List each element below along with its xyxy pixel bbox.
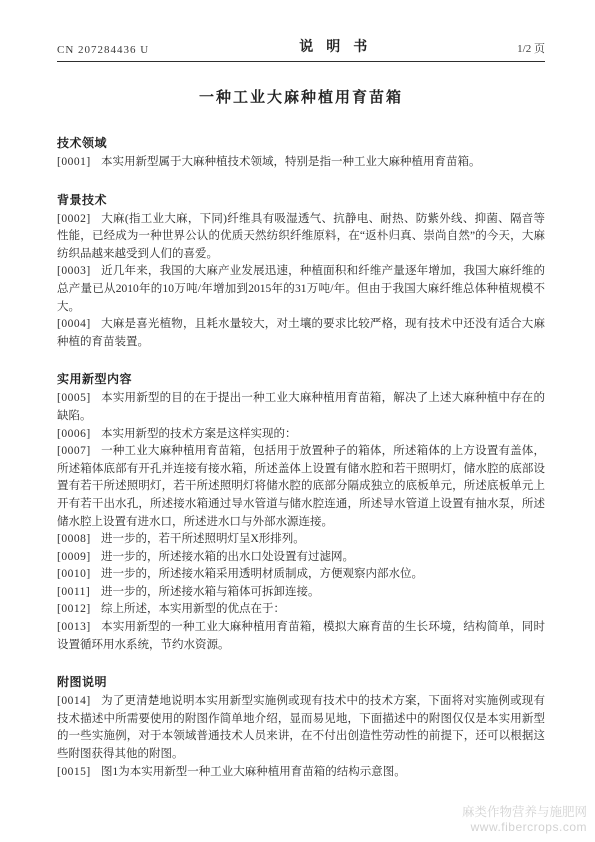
paragraph-number: [0012] — [57, 601, 101, 619]
paragraph-number: [0001] — [57, 154, 101, 172]
paragraph: [0013]本实用新型的一种工业大麻种植用育苗箱，模拟大麻育苗的生长环境，结构简… — [57, 619, 545, 654]
document-type-label: 说明书 — [286, 36, 380, 56]
paragraph-text: 为了更清楚地说明本实用新型实施例或现有技术中的技术方案，下面将对实施例或现有技术… — [57, 695, 545, 760]
section-heading: 背景技术 — [57, 191, 545, 208]
watermark-site-name: 麻类作物营养与施肥网 — [462, 805, 587, 820]
page-content: CN 207284436 U 说明书 1/2 页 一种工业大麻种植用育苗箱 技术… — [57, 36, 545, 781]
paragraph: [0014]为了更清楚地说明本实用新型实施例或现有技术中的技术方案，下面将对实施… — [57, 693, 545, 763]
document-header: CN 207284436 U 说明书 1/2 页 — [57, 36, 545, 62]
paragraph: [0002]大麻(指工业大麻，下同)纤维具有吸湿透气、抗静电、耐热、防紫外线、抑… — [57, 211, 545, 264]
paragraph-number: [0013] — [57, 619, 101, 637]
paragraph: [0004]大麻是喜光植物，且耗水量较大，对土壤的要求比较严格，现有技术中还没有… — [57, 316, 545, 351]
paragraph: [0005]本实用新型的目的在于提出一种工业大麻种植用育苗箱，解决了上述大麻种植… — [57, 390, 545, 425]
paragraph-number: [0007] — [57, 443, 101, 461]
watermark-url: www.fibercrops.com — [462, 820, 587, 835]
paragraph-text: 大麻是喜光植物，且耗水量较大，对土壤的要求比较严格，现有技术中还没有适合大麻种植… — [57, 318, 545, 348]
paragraph-text: 一种工业大麻种植用育苗箱，包括用于放置种子的箱体，所述箱体的上方设置有盖体，所述… — [57, 445, 545, 527]
paragraph-text: 本实用新型的技术方案是这样实现的： — [101, 428, 297, 440]
document-body: 技术领域 [0001]本实用新型属于大麻种植技术领域，特别是指一种工业大麻种植用… — [57, 134, 545, 781]
paragraph-text: 进一步的，若干所述照明灯呈X形排列。 — [101, 533, 305, 545]
paragraph: [0010]进一步的，所述接水箱采用透明材质制成，方便观察内部水位。 — [57, 566, 545, 584]
page-indicator: 1/2 页 — [517, 40, 545, 56]
paragraph-text: 进一步的，所述接水箱与箱体可拆卸连接。 — [101, 586, 320, 598]
section-drawings-description: 附图说明 [0014]为了更清楚地说明本实用新型实施例或现有技术中的技术方案，下… — [57, 673, 545, 781]
paragraph-text: 综上所述，本实用新型的优点在于： — [101, 603, 285, 615]
paragraph: [0012]综上所述，本实用新型的优点在于： — [57, 601, 545, 619]
paragraph-text: 大麻(指工业大麻，下同)纤维具有吸湿透气、抗静电、耐热、防紫外线、抑菌、隔音等性… — [57, 213, 545, 260]
paragraph-number: [0009] — [57, 549, 101, 567]
section-heading: 实用新型内容 — [57, 370, 545, 387]
paragraph-number: [0006] — [57, 426, 101, 444]
section-technical-field: 技术领域 [0001]本实用新型属于大麻种植技术领域，特别是指一种工业大麻种植用… — [57, 134, 545, 172]
paragraph: [0007]一种工业大麻种植用育苗箱，包括用于放置种子的箱体，所述箱体的上方设置… — [57, 443, 545, 531]
paragraph: [0001]本实用新型属于大麻种植技术领域，特别是指一种工业大麻种植用育苗箱。 — [57, 154, 545, 172]
invention-title: 一种工业大麻种植用育苗箱 — [57, 86, 545, 107]
paragraph-number: [0008] — [57, 531, 101, 549]
page-number: 3 — [0, 767, 595, 779]
paragraph: [0009]进一步的，所述接水箱的出水口处设置有过滤网。 — [57, 549, 545, 567]
section-heading: 技术领域 — [57, 134, 545, 151]
section-heading: 附图说明 — [57, 673, 545, 690]
paragraph-number: [0010] — [57, 566, 101, 584]
patent-number: CN 207284436 U — [57, 44, 149, 56]
watermark: 麻类作物营养与施肥网 www.fibercrops.com — [462, 805, 587, 835]
paragraph: [0008]进一步的，若干所述照明灯呈X形排列。 — [57, 531, 545, 549]
paragraph: [0006]本实用新型的技术方案是这样实现的： — [57, 426, 545, 444]
paragraph: [0003]近几年来，我国的大麻产业发展迅速，种植面积和纤维产量逐年增加，我国大… — [57, 263, 545, 316]
section-background: 背景技术 [0002]大麻(指工业大麻，下同)纤维具有吸湿透气、抗静电、耐热、防… — [57, 191, 545, 352]
paragraph-text: 进一步的，所述接水箱的出水口处设置有过滤网。 — [101, 551, 354, 563]
paragraph-number: [0004] — [57, 316, 101, 334]
paragraph-number: [0005] — [57, 390, 101, 408]
paragraph-number: [0014] — [57, 693, 101, 711]
paragraph-text: 本实用新型的目的在于提出一种工业大麻种植用育苗箱，解决了上述大麻种植中存在的缺陷… — [57, 392, 545, 422]
paragraph-number: [0011] — [57, 584, 101, 602]
paragraph-text: 近几年来，我国的大麻产业发展迅速，种植面积和纤维产量逐年增加，我国大麻纤维的总产… — [57, 265, 545, 312]
paragraph-text: 本实用新型属于大麻种植技术领域，特别是指一种工业大麻种植用育苗箱。 — [101, 156, 481, 168]
paragraph-text: 进一步的，所述接水箱采用透明材质制成，方便观察内部水位。 — [101, 568, 423, 580]
paragraph: [0011]进一步的，所述接水箱与箱体可拆卸连接。 — [57, 584, 545, 602]
paragraph-number: [0003] — [57, 263, 101, 281]
paragraph-number: [0002] — [57, 211, 101, 229]
patent-specification-page: CN 207284436 U 说明书 1/2 页 一种工业大麻种植用育苗箱 技术… — [0, 0, 595, 842]
paragraph-text: 本实用新型的一种工业大麻种植用育苗箱，模拟大麻育苗的生长环境，结构简单，同时设置… — [57, 621, 545, 651]
section-utility-model-content: 实用新型内容 [0005]本实用新型的目的在于提出一种工业大麻种植用育苗箱，解决… — [57, 370, 545, 654]
